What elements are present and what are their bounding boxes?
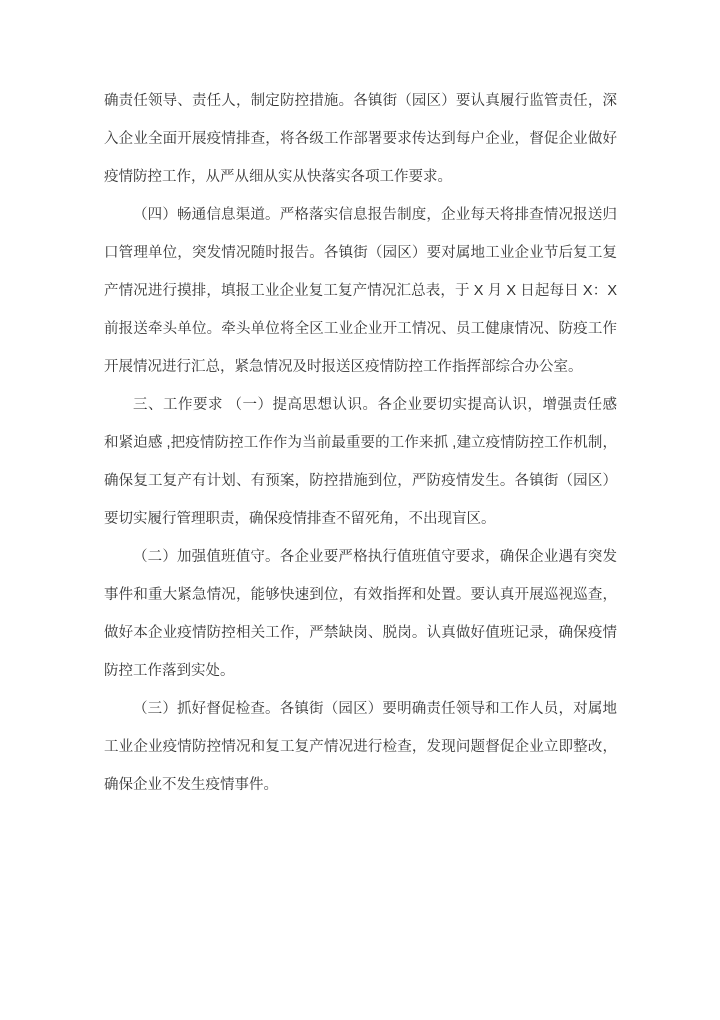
- text-line: 产情况进行摸排，填报工业企业复工复产情况汇总表，于 X 月 X 日起每日 X：X: [104, 272, 617, 310]
- text-line: （四）畅通信息渠道。严格落实信息报告制度，企业每天将排查情况报送归: [104, 196, 617, 234]
- text-line: 确责任领导、责任人，制定防控措施。各镇街（园区）要认真履行监管责任，深: [104, 82, 617, 120]
- text-line: 要切实履行管理职责，确保疫情排查不留死角，不出现盲区。: [104, 500, 617, 538]
- text-line: （二）加强值班值守。各企业要严格执行值班值守要求，确保企业遇有突发: [104, 538, 617, 576]
- text-line: 确保复工复产有计划、有预案，防控措施到位，严防疫情发生。各镇街（园区）: [104, 462, 617, 500]
- text-line: 确保企业不发生疫情事件。: [104, 766, 617, 804]
- text-line: 入企业全面开展疫情排查，将各级工作部署要求传达到每户企业，督促企业做好: [104, 120, 617, 158]
- document-page: 确责任领导、责任人，制定防控措施。各镇街（园区）要认真履行监管责任，深入企业全面…: [0, 0, 720, 1020]
- text-line: 做好本企业疫情防控相关工作，严禁缺岗、脱岗。认真做好值班记录，确保疫情: [104, 614, 617, 652]
- text-line: （三）抓好督促检查。各镇街（园区）要明确责任领导和工作人员，对属地: [104, 690, 617, 728]
- text-line: 工业企业疫情防控情况和复工复产情况进行检查，发现问题督促企业立即整改，: [104, 728, 617, 766]
- text-line: 口管理单位，突发情况随时报告。各镇街（园区）要对属地工业企业节后复工复: [104, 234, 617, 272]
- text-line: 疫情防控工作，从严从细从实从快落实各项工作要求。: [104, 158, 617, 196]
- text-line: 前报送牵头单位。牵头单位将全区工业企业开工情况、员工健康情况、防疫工作: [104, 310, 617, 348]
- text-line: 防控工作落到实处。: [104, 652, 617, 690]
- text-line: 事件和重大紧急情况，能够快速到位，有效指挥和处置。要认真开展巡视巡查，: [104, 576, 617, 614]
- document-text-block: 确责任领导、责任人，制定防控措施。各镇街（园区）要认真履行监管责任，深入企业全面…: [104, 82, 617, 804]
- text-line: 开展情况进行汇总，紧急情况及时报送区疫情防控工作指挥部综合办公室。: [104, 348, 617, 386]
- text-line: 和紧迫感 ,把疫情防控工作作为当前最重要的工作来抓 ,建立疫情防控工作机制，: [104, 424, 617, 462]
- text-line: 三、工作要求 （一）提高思想认识。各企业要切实提高认识，增强责任感: [104, 386, 617, 424]
